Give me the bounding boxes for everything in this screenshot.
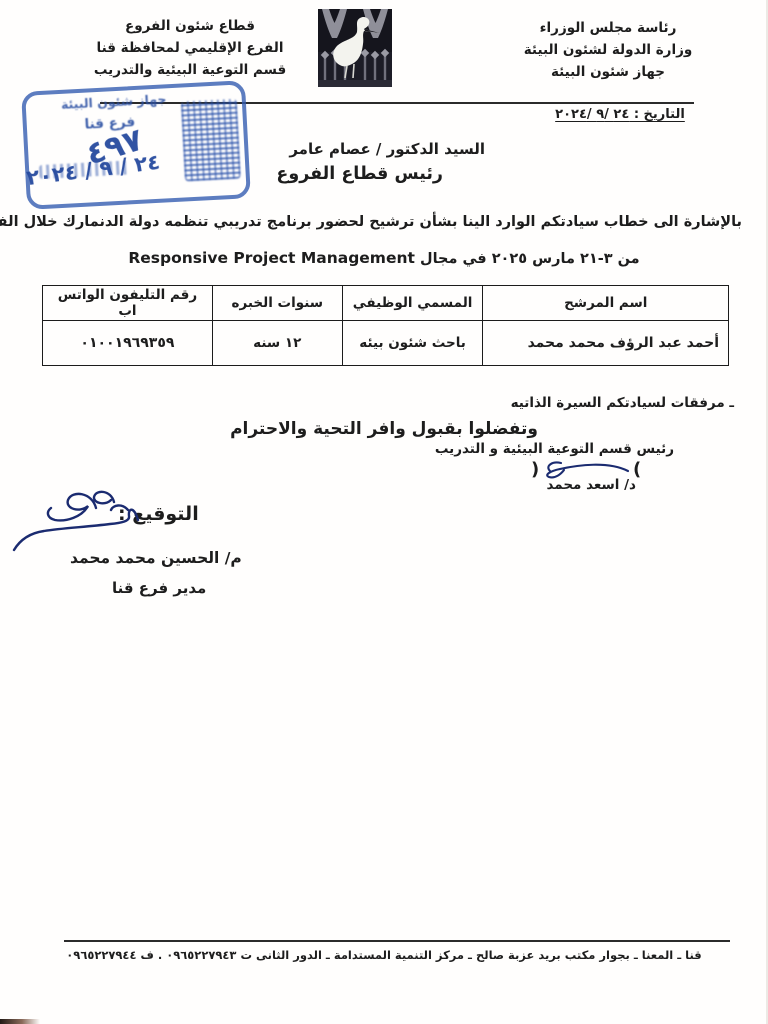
office-line-3: قسم التوعية البيئية والتدريب bbox=[70, 60, 310, 82]
office-line-2: الفرع الإقليمي لمحافظة قنا bbox=[70, 38, 310, 60]
org-line-2: وزارة الدولة لشئون البيئة bbox=[498, 40, 718, 62]
recipient-name: السيد الدكتور / عصام عامر bbox=[250, 140, 485, 158]
date-line: التاريخ : ٢٤ /٩ /٢٠٢٤ bbox=[545, 107, 695, 122]
dept-head-name: د/ اسعد محمد bbox=[546, 477, 636, 493]
eeaa-bird-logo-icon bbox=[317, 8, 393, 88]
cell-experience-years: ١٢ سنه bbox=[212, 321, 342, 366]
scan-edge-artifact bbox=[0, 1019, 40, 1024]
letterhead-right-org: رئاسة مجلس الوزراء وزارة الدولة لشئون ال… bbox=[498, 18, 718, 84]
office-line-1: قطاع شئون الفروع bbox=[70, 16, 310, 38]
stamp-emblem-icon bbox=[181, 99, 241, 182]
org-line-3: جهاز شئون البيئة bbox=[498, 62, 718, 84]
footer-address: قنا ـ المعنا ـ بجوار مكتب بريد عزبة صالح… bbox=[20, 948, 748, 962]
salutation-line: وتفضلوا بقبول وافر التحية والاحترام bbox=[0, 419, 768, 439]
table-header-row: اسم المرشح المسمي الوظيفي سنوات الخبره ر… bbox=[43, 286, 729, 321]
course-name-english: Responsive Project Management bbox=[128, 249, 415, 267]
svg-text:): ) bbox=[531, 459, 539, 480]
period-text-arabic: من ٣-٢١ مارس ٢٠٢٥ في مجال bbox=[420, 251, 640, 267]
col-header-experience-years: سنوات الخبره bbox=[212, 286, 342, 321]
body-period-line: من ٣-٢١ مارس ٢٠٢٥ في مجال Responsive Pro… bbox=[0, 249, 768, 267]
office-ink-stamp: جهاز شئون البيئة فرع قنا ٤٩٧ bbox=[21, 80, 251, 210]
attachments-note: ـ مرفقات لسيادتكم السيرة الذاتيه bbox=[511, 395, 734, 411]
signer-title: مدير فرع قنا bbox=[112, 579, 206, 597]
col-header-job-title: المسمي الوظيفي bbox=[342, 286, 483, 321]
footer-divider-line bbox=[64, 940, 730, 942]
cell-candidate-name: أحمد عبد الرؤف محمد محمد bbox=[483, 321, 729, 366]
col-header-candidate-name: اسم المرشح bbox=[483, 286, 729, 321]
col-header-whatsapp-phone: رقم التليفون الواتس اب bbox=[43, 286, 213, 321]
stamp-org-text: جهاز شئون البيئة bbox=[25, 90, 202, 114]
letterhead-left-office: قطاع شئون الفروع الفرع الإقليمي لمحافظة … bbox=[70, 16, 310, 82]
table-row: أحمد عبد الرؤف محمد محمد باحث شئون بيئه … bbox=[43, 321, 729, 366]
cell-whatsapp-phone: ٠١٠٠١٩٦٩٣٥٩ bbox=[43, 321, 213, 366]
scanned-letter-page: قطاع شئون الفروع الفرع الإقليمي لمحافظة … bbox=[0, 0, 768, 1024]
org-line-1: رئاسة مجلس الوزراء bbox=[498, 18, 718, 40]
recipient-block: السيد الدكتور / عصام عامر رئيس قطاع الفر… bbox=[250, 140, 485, 184]
body-paragraph: بالإشارة الى خطاب سيادتكم الوارد الينا ب… bbox=[0, 214, 742, 230]
cell-job-title: باحث شئون بيئه bbox=[342, 321, 483, 366]
candidate-table: اسم المرشح المسمي الوظيفي سنوات الخبره ر… bbox=[42, 285, 729, 366]
recipient-title: رئيس قطاع الفروع bbox=[250, 164, 443, 184]
signer-name: م/ الحسين محمد محمد bbox=[70, 549, 242, 567]
